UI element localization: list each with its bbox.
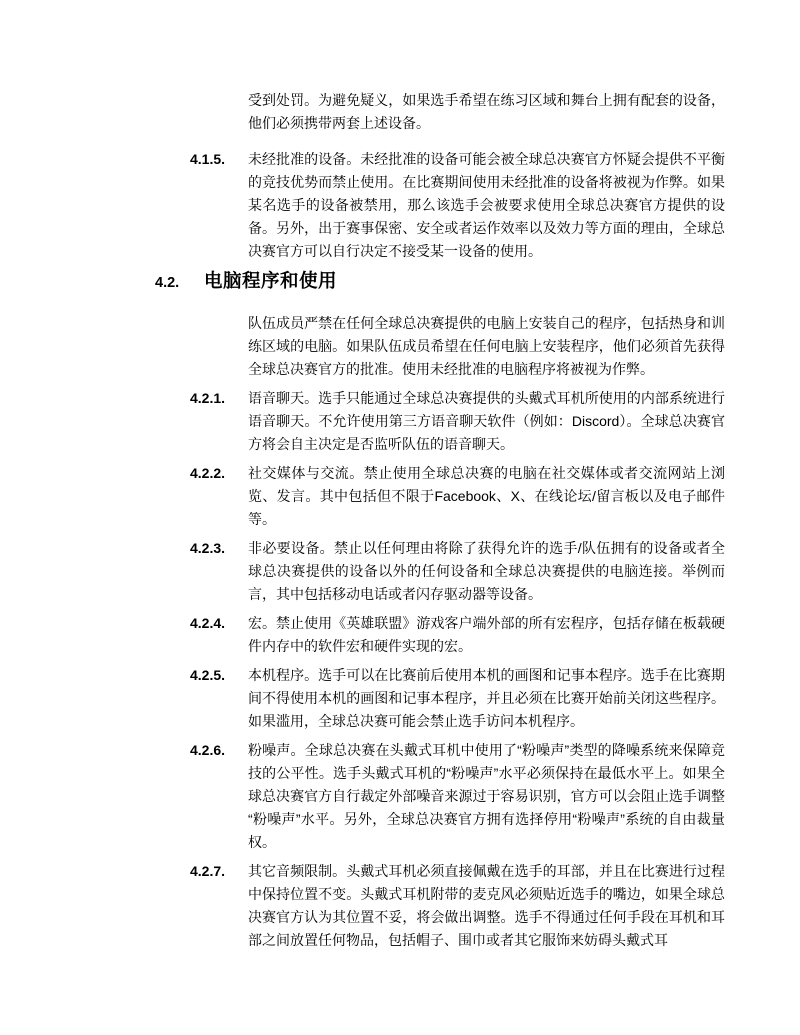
document-page: 受到处罚。为避免疑义，如果选手希望在练习区域和舞台上拥有配套的设备，他们必须携带… [0,0,800,1035]
rule-item-4-1-5: 4.1.5. 未经批准的设备。未经批准的设备可能会被全球总决赛官方怀疑会提供不平… [190,148,725,263]
rule-text: 本机程序。选手可以在比赛前后使用本机的画图和记事本程序。选手在比赛期间不得使用本… [248,664,725,733]
rule-item-4-2-6: 4.2.6. 粉噪声。全球总决赛在头戴式耳机中使用了“粉噪声”类型的降噪系统来保… [190,739,725,854]
rule-item-4-2-5: 4.2.5. 本机程序。选手可以在比赛前后使用本机的画图和记事本程序。选手在比赛… [190,664,725,733]
rule-item-4-2-2: 4.2.2. 社交媒体与交流。禁止使用全球总决赛的电脑在社交媒体或者交流网站上浏… [190,462,725,531]
rule-item-4-2-4: 4.2.4. 宏。禁止使用《英雄联盟》游戏客户端外部的所有宏程序，包括存储在板载… [190,612,725,658]
rule-number: 4.2.4. [190,612,248,658]
rule-number: 4.2.2. [190,462,248,531]
rule-text: 未经批准的设备。未经批准的设备可能会被全球总决赛官方怀疑会提供不平衡的竞技优势而… [248,148,725,263]
section-title: 电脑程序和使用 [204,269,337,292]
rule-text: 其它音频限制。头戴式耳机必须直接佩戴在选手的耳部，并且在比赛进行过程中保持位置不… [248,860,725,952]
rule-number: 4.2.7. [190,860,248,952]
rule-number: 4.2.1. [190,387,248,456]
rule-number: 4.2.3. [190,537,248,606]
rule-number: 4.2.6. [190,739,248,854]
rule-item-4-2-1: 4.2.1. 语音聊天。选手只能通过全球总决赛提供的头戴式耳机所使用的内部系统进… [190,387,725,456]
section-heading-4-2: 4.2. 电脑程序和使用 [155,269,725,295]
rule-item-4-2-3: 4.2.3. 非必要设备。禁止以任何理由将除了获得允许的选手/队伍拥有的设备或者… [190,537,725,606]
rule-text: 粉噪声。全球总决赛在头戴式耳机中使用了“粉噪声”类型的降噪系统来保障竞技的公平性… [248,739,725,854]
section-number: 4.2. [155,272,204,295]
section-intro-paragraph: 队伍成员严禁在任何全球总决赛提供的电脑上安装自己的程序，包括热身和训练区域的电脑… [248,312,725,381]
continuation-paragraph: 受到处罚。为避免疑义，如果选手希望在练习区域和舞台上拥有配套的设备，他们必须携带… [248,89,725,135]
rule-text: 语音聊天。选手只能通过全球总决赛提供的头戴式耳机所使用的内部系统进行语音聊天。不… [248,387,725,456]
rule-number: 4.2.5. [190,664,248,733]
rule-item-4-2-7: 4.2.7. 其它音频限制。头戴式耳机必须直接佩戴在选手的耳部，并且在比赛进行过… [190,860,725,952]
rule-text: 社交媒体与交流。禁止使用全球总决赛的电脑在社交媒体或者交流网站上浏览、发言。其中… [248,462,725,531]
rule-number: 4.1.5. [190,148,248,263]
rule-text: 非必要设备。禁止以任何理由将除了获得允许的选手/队伍拥有的设备或者全球总决赛提供… [248,537,725,606]
rule-text: 宏。禁止使用《英雄联盟》游戏客户端外部的所有宏程序，包括存储在板载硬件内存中的软… [248,612,725,658]
